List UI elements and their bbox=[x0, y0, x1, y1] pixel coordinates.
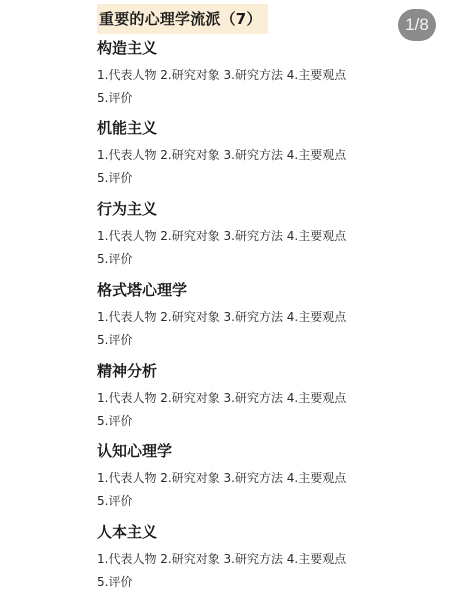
section-heading: 格式塔心理学 bbox=[97, 279, 427, 301]
section-outline-line: 1.代表人物 2.研究对象 3.研究方法 4.主要观点 bbox=[97, 389, 346, 407]
section-gestalt: 格式塔心理学 1.代表人物 2.研究对象 3.研究方法 4.主要观点 5.评价 bbox=[97, 279, 427, 301]
section-outline-line: 5.评价 bbox=[97, 412, 132, 430]
section-outline-line: 1.代表人物 2.研究对象 3.研究方法 4.主要观点 bbox=[97, 146, 346, 164]
section-heading: 构造主义 bbox=[97, 37, 427, 59]
section-outline-line: 1.代表人物 2.研究对象 3.研究方法 4.主要观点 bbox=[97, 227, 346, 245]
document-title: 重要的心理学流派（7） bbox=[97, 4, 268, 34]
section-outline-line: 1.代表人物 2.研究对象 3.研究方法 4.主要观点 bbox=[97, 308, 346, 326]
section-outline-line: 5.评价 bbox=[97, 573, 132, 591]
section-heading: 机能主义 bbox=[97, 117, 427, 139]
section-outline-line: 5.评价 bbox=[97, 250, 132, 268]
section-outline-line: 5.评价 bbox=[97, 331, 132, 349]
section-humanistic: 人本主义 1.代表人物 2.研究对象 3.研究方法 4.主要观点 5.评价 bbox=[97, 521, 427, 543]
section-heading: 精神分析 bbox=[97, 360, 427, 382]
section-psychoanalysis: 精神分析 1.代表人物 2.研究对象 3.研究方法 4.主要观点 5.评价 bbox=[97, 360, 427, 382]
section-behaviorism: 行为主义 1.代表人物 2.研究对象 3.研究方法 4.主要观点 5.评价 bbox=[97, 198, 427, 220]
section-functionalism: 机能主义 1.代表人物 2.研究对象 3.研究方法 4.主要观点 5.评价 bbox=[97, 117, 427, 139]
section-outline-line: 1.代表人物 2.研究对象 3.研究方法 4.主要观点 bbox=[97, 469, 346, 487]
section-outline-line: 1.代表人物 2.研究对象 3.研究方法 4.主要观点 bbox=[97, 66, 346, 84]
section-heading: 人本主义 bbox=[97, 521, 427, 543]
section-cognitive: 认知心理学 1.代表人物 2.研究对象 3.研究方法 4.主要观点 5.评价 bbox=[97, 440, 427, 462]
section-outline-line: 1.代表人物 2.研究对象 3.研究方法 4.主要观点 bbox=[97, 550, 346, 568]
section-outline-line: 5.评价 bbox=[97, 89, 132, 107]
section-heading: 行为主义 bbox=[97, 198, 427, 220]
section-outline-line: 5.评价 bbox=[97, 169, 132, 187]
section-structuralism: 构造主义 1.代表人物 2.研究对象 3.研究方法 4.主要观点 5.评价 bbox=[97, 37, 427, 59]
section-heading: 认知心理学 bbox=[97, 440, 427, 462]
section-outline-line: 5.评价 bbox=[97, 492, 132, 510]
